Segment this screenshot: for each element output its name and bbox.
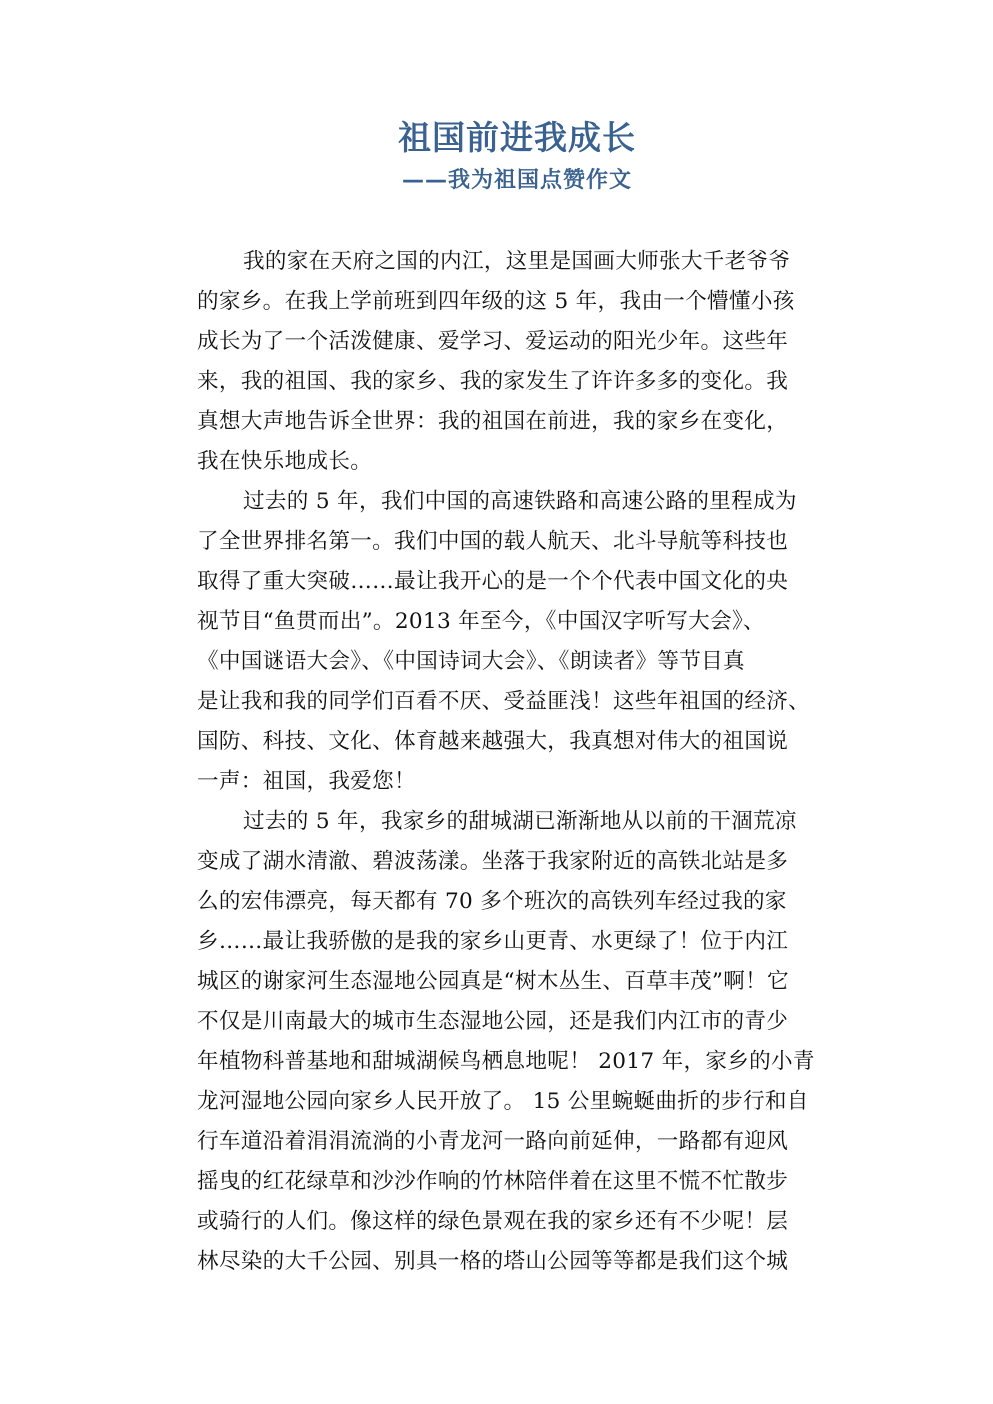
text-line: 《中国谜语大会》、《中国诗词大会》、《朗读者》等节目真 [197, 642, 827, 682]
document-page: 祖国前进我成长 ——我为祖国点赞作文 我的家在天府之国的内江，这里是国画大师张大… [0, 0, 993, 1404]
text-line: 不仅是川南最大的城市生态湿地公园，还是我们内江市的青少 [197, 1002, 827, 1042]
text-line: 了全世界排名第一。我们中国的载人航天、北斗导航等科技也 [197, 522, 827, 562]
text-line: 成长为了一个活泼健康、爱学习、爱运动的阳光少年。这些年 [197, 322, 827, 362]
essay-body: 我的家在天府之国的内江，这里是国画大师张大千老爷爷 的家乡。在我上学前班到四年级… [197, 242, 827, 1282]
text-line: 的家乡。在我上学前班到四年级的这 5 年，我由一个懵懂小孩 [197, 282, 827, 322]
text-line: 过去的 5 年，我家乡的甜城湖已渐渐地从以前的干涸荒凉 [197, 802, 827, 842]
text-line: 年植物科普基地和甜城湖候鸟栖息地呢！ 2017 年，家乡的小青 [197, 1042, 827, 1082]
text-line: 过去的 5 年，我们中国的高速铁路和高速公路的里程成为 [197, 482, 827, 522]
text-line: 视节目“鱼贯而出”。2013 年至今，《中国汉字听写大会》、 [197, 602, 827, 642]
text-line: 取得了重大突破……最让我开心的是一个个代表中国文化的央 [197, 562, 827, 602]
text-line: 龙河湿地公园向家乡人民开放了。 15 公里蜿蜒曲折的步行和自 [197, 1082, 827, 1122]
text-line: 或骑行的人们。像这样的绿色景观在我的家乡还有不少呢！层 [197, 1202, 827, 1242]
text-line: 我在快乐地成长。 [197, 442, 827, 482]
text-line: 真想大声地告诉全世界：我的祖国在前进，我的家乡在变化， [197, 402, 827, 442]
essay-title: 祖国前进我成长 [0, 112, 993, 164]
text-line: 行车道沿着涓涓流淌的小青龙河一路向前延伸，一路都有迎风 [197, 1122, 827, 1162]
text-line: 摇曳的红花绿草和沙沙作响的竹林陪伴着在这里不慌不忙散步 [197, 1162, 827, 1202]
text-line: 是让我和我的同学们百看不厌、受益匪浅！这些年祖国的经济、 [197, 682, 827, 722]
text-line: 一声：祖国，我爱您！ [197, 762, 827, 802]
text-line: 变成了湖水清澈、碧波荡漾。坐落于我家附近的高铁北站是多 [197, 842, 827, 882]
title-block: 祖国前进我成长 ——我为祖国点赞作文 [0, 112, 993, 198]
text-line: 林尽染的大千公园、别具一格的塔山公园等等都是我们这个城 [197, 1242, 827, 1282]
text-line: 来，我的祖国、我的家乡、我的家发生了许许多多的变化。我 [197, 362, 827, 402]
paragraph-1: 我的家在天府之国的内江，这里是国画大师张大千老爷爷 的家乡。在我上学前班到四年级… [197, 242, 827, 482]
text-line: 国防、科技、文化、体育越来越强大，我真想对伟大的祖国说 [197, 722, 827, 762]
paragraph-2: 过去的 5 年，我们中国的高速铁路和高速公路的里程成为 了全世界排名第一。我们中… [197, 482, 827, 802]
text-line: 么的宏伟漂亮，每天都有 70 多个班次的高铁列车经过我的家 [197, 882, 827, 922]
text-line: 城区的谢家河生态湿地公园真是“树木丛生、百草丰茂”啊！它 [197, 962, 827, 1002]
paragraph-3: 过去的 5 年，我家乡的甜城湖已渐渐地从以前的干涸荒凉 变成了湖水清澈、碧波荡漾… [197, 802, 827, 1282]
text-line: 乡……最让我骄傲的是我的家乡山更青、水更绿了！位于内江 [197, 922, 827, 962]
essay-subtitle: ——我为祖国点赞作文 [0, 164, 993, 198]
text-line: 我的家在天府之国的内江，这里是国画大师张大千老爷爷 [197, 242, 827, 282]
